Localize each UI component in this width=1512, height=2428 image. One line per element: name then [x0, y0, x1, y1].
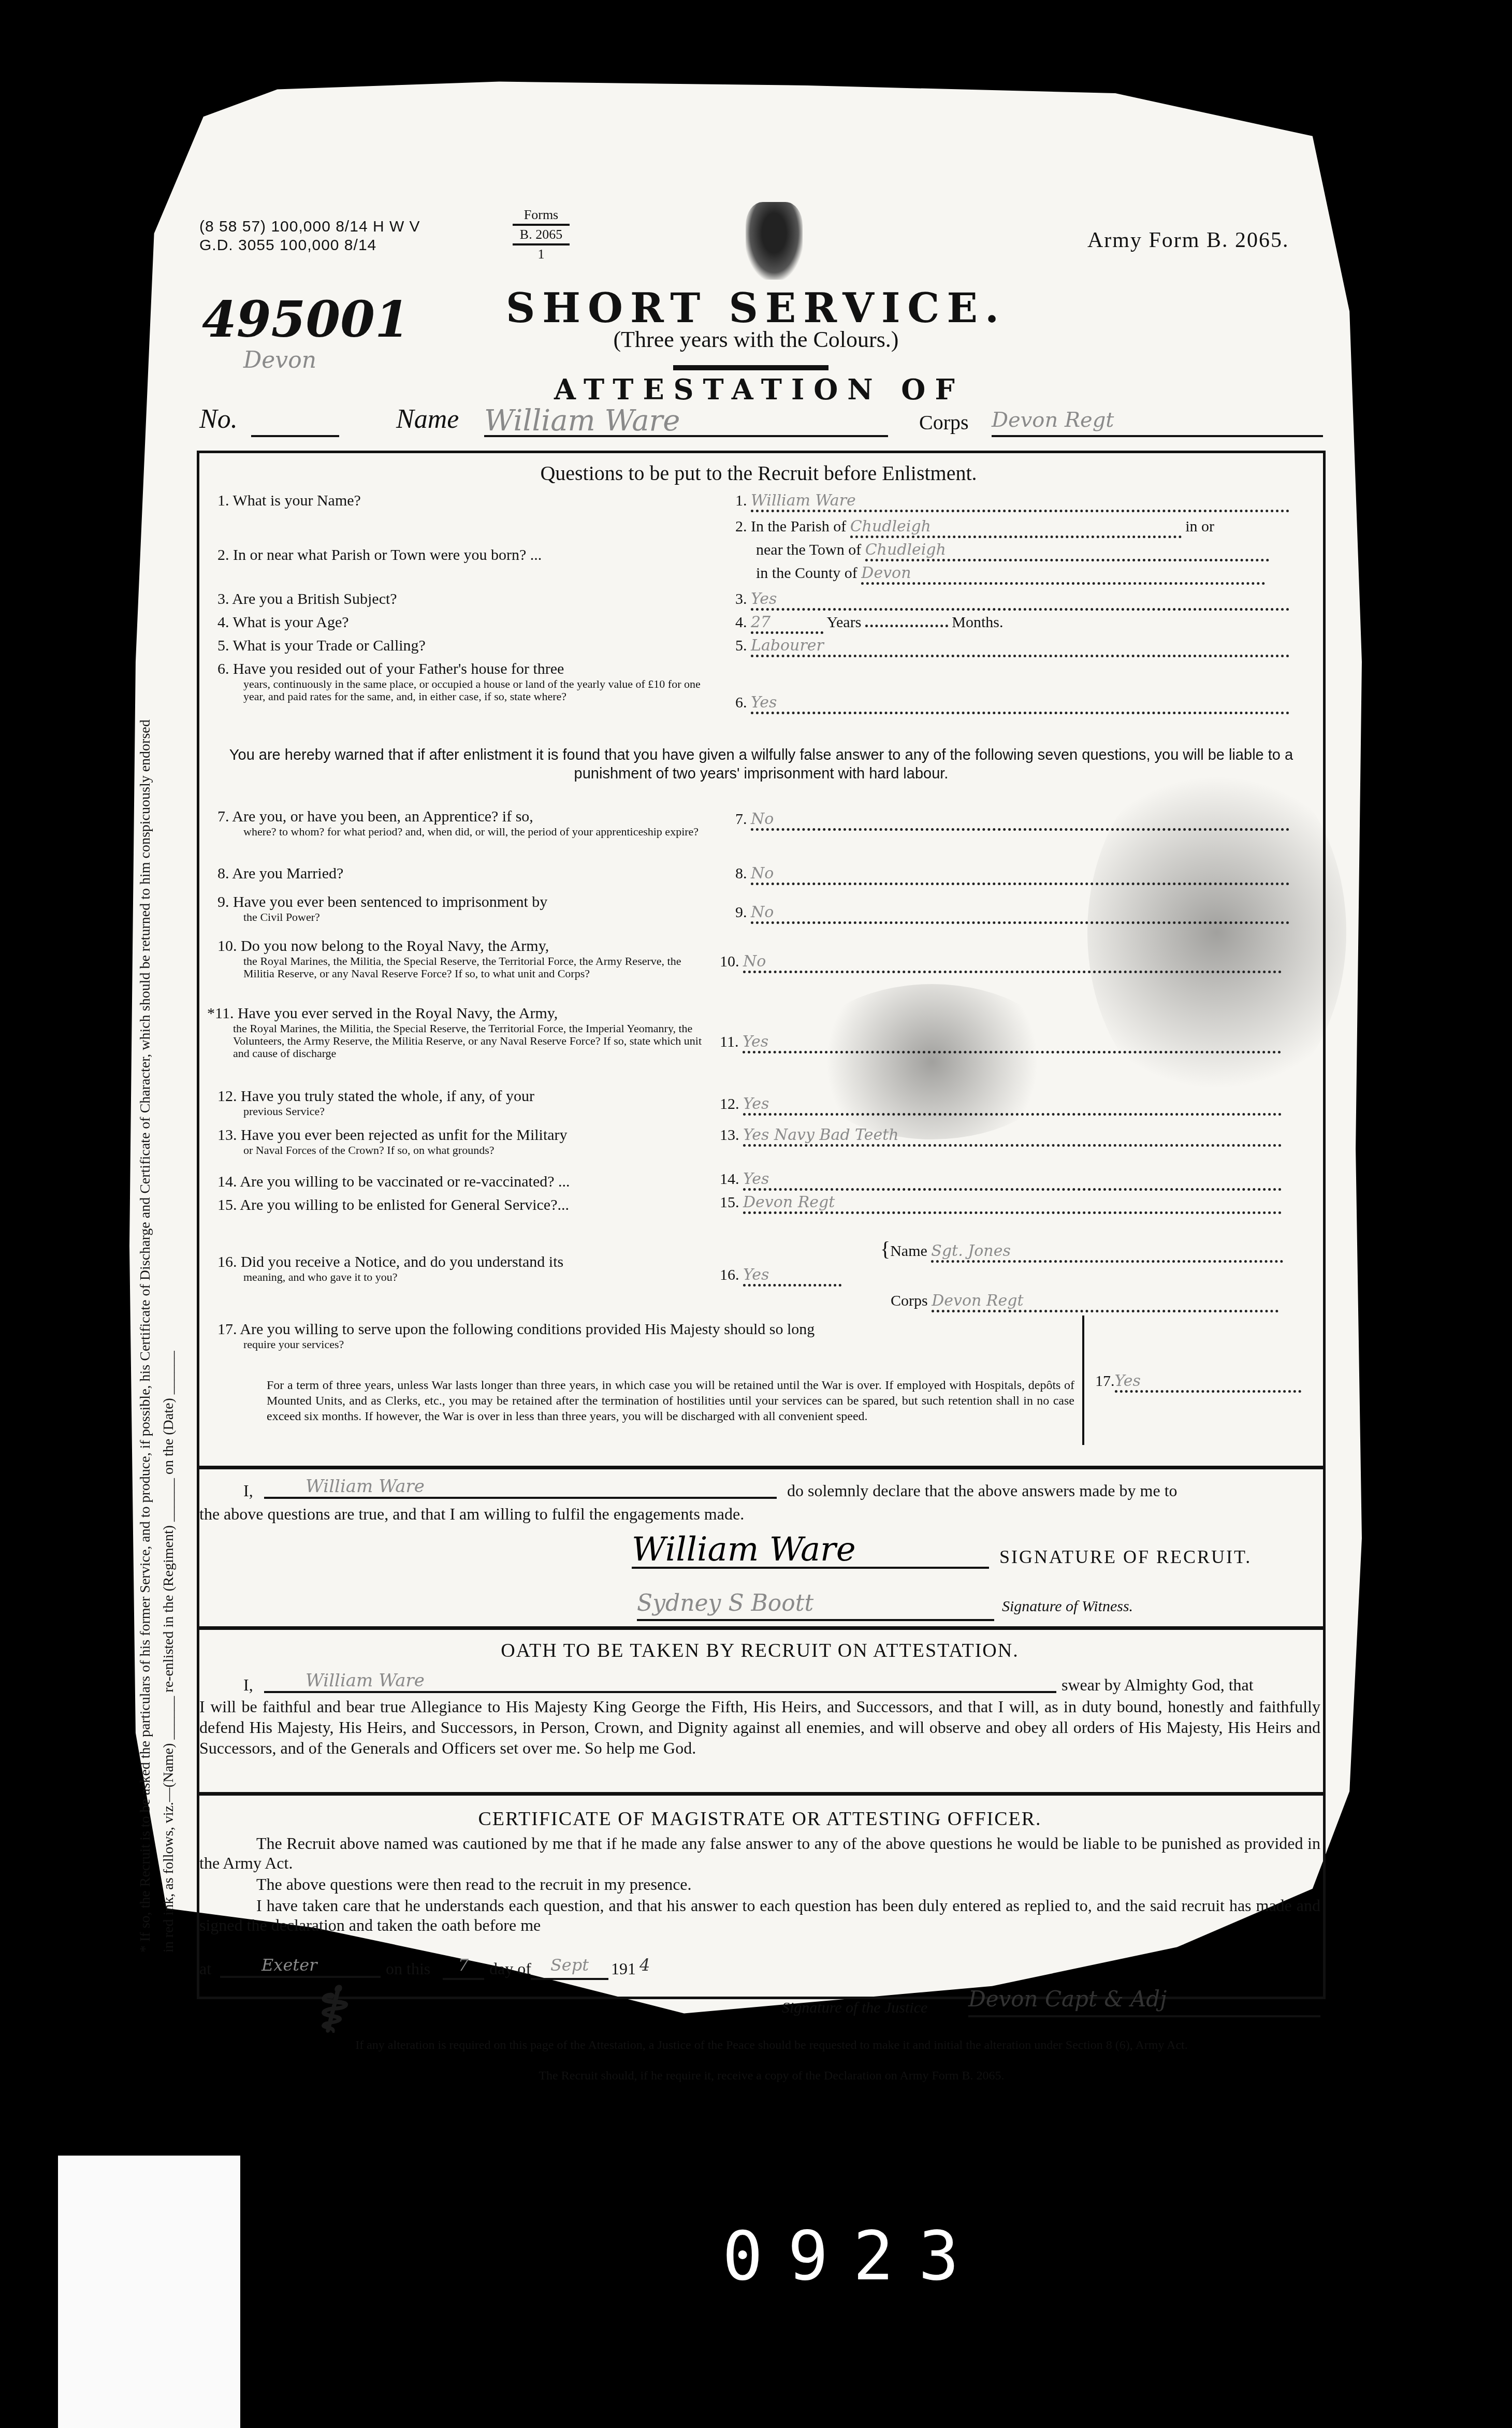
question-13: 13. Have you ever been rejected as unfit… — [217, 1126, 715, 1157]
certificate-p1: The Recruit above named was cautioned by… — [199, 1833, 1320, 1873]
army-form-number: Army Form B. 2065. — [1087, 228, 1289, 253]
declaration-prefix: I, — [243, 1481, 253, 1500]
answer-7[interactable]: 7. No — [735, 811, 1310, 831]
footer-note-2: The Recruit should, if he require it, re… — [300, 2069, 1243, 2083]
witness-signature-label: Signature of Witness. — [1002, 1598, 1133, 1615]
oath-heading: OATH TO BE TAKEN BY RECRUIT ON ATTESTATI… — [197, 1639, 1323, 1662]
question-10: 10. Do you now belong to the Royal Navy,… — [217, 937, 715, 980]
question-11: *11. Have you ever served in the Royal N… — [207, 1005, 715, 1060]
answer-16-corps[interactable]: Corps Devon Regt — [891, 1292, 1310, 1312]
question-7: 7. Are you, or have you been, an Apprent… — [217, 808, 715, 838]
questions-heading: Questions to be put to the Recruit befor… — [197, 461, 1320, 485]
question-8: 8. Are you Married? — [217, 865, 715, 883]
answer-14[interactable]: 14. Yes — [720, 1170, 1310, 1191]
question-6: 6. Have you resided out of your Father's… — [217, 660, 715, 703]
name-label: Name — [396, 404, 459, 435]
answer-11[interactable]: 11. Yes — [720, 1033, 1310, 1053]
question-16: 16. Did you receive a Notice, and do you… — [217, 1253, 715, 1283]
question-4: 4. What is your Age? — [217, 614, 715, 631]
form-title: SHORT SERVICE. — [497, 285, 1015, 332]
place-field[interactable]: Exeter — [220, 1955, 381, 1978]
attestation-heading: ATTESTATION OF — [554, 373, 964, 406]
footer-note-1: If any alteration is required on this pa… — [300, 2038, 1243, 2053]
answer-5[interactable]: 5. Labourer — [735, 637, 1310, 657]
answer-4[interactable]: 4. 27 Years Months. — [735, 614, 1310, 634]
warning-text: You are hereby warned that if after enli… — [217, 746, 1305, 783]
no-label: No. — [199, 404, 238, 435]
month-field[interactable]: Sept — [531, 1955, 608, 1980]
answer-16[interactable]: 16. Yes — [720, 1266, 875, 1287]
answer-2-county[interactable]: in the County of Devon — [756, 565, 1310, 585]
answer-9[interactable]: 9. No — [735, 904, 1310, 924]
answer-12[interactable]: 12. Yes — [720, 1095, 1310, 1116]
oath-prefix: I, — [243, 1675, 253, 1695]
certificate-p3: I have taken care that he understands ea… — [199, 1896, 1320, 1935]
certificate-heading: CERTIFICATE OF MAGISTRATE OR ATTESTING O… — [197, 1808, 1323, 1830]
answer-3[interactable]: 3. Yes — [735, 590, 1310, 611]
question-15: 15. Are you willing to be enlisted for G… — [217, 1196, 715, 1214]
no-field[interactable] — [251, 409, 339, 437]
corps-field[interactable]: Devon Regt — [992, 408, 1323, 437]
answer-13[interactable]: 13. Yes Navy Bad Teeth — [720, 1126, 1310, 1147]
sidebar-note-line2: in red ink, as follows, viz.—(Name) ____… — [161, 1351, 177, 1953]
year-field[interactable]: 4 — [639, 1955, 650, 1975]
answer-1[interactable]: 1. William Ware — [735, 492, 1310, 512]
royal-crest-icon — [746, 202, 803, 280]
sidebar-note-line1: * If so, the Recruit is to be asked the … — [137, 719, 154, 1953]
declaration-text2: the above questions are true, and that I… — [199, 1505, 744, 1524]
answer-17[interactable]: 17.Yes — [1095, 1372, 1313, 1393]
justice-signature-label: Signature of the Justice — [782, 1999, 927, 2017]
declaration-text1: do solemnly declare that the above answe… — [787, 1481, 1177, 1500]
divider — [673, 365, 828, 370]
corps-label: Corps — [919, 410, 969, 435]
answer-16-name[interactable]: {Name Sgt. Jones — [880, 1240, 1310, 1263]
recruit-signature[interactable]: William Ware — [632, 1530, 989, 1569]
print-code: (8 58 57) 100,000 8/14 H W V G.D. 3055 1… — [199, 218, 420, 255]
form-subtitle: (Three years with the Colours.) — [549, 326, 963, 353]
divider — [197, 1466, 1323, 1469]
answer-2-town[interactable]: near the Town of Chudleigh — [756, 541, 1310, 561]
service-conditions: For a term of three years, unless War la… — [267, 1378, 1074, 1424]
answer-2-parish[interactable]: 2. In the Parish of Chudleigh in or — [735, 518, 1310, 538]
answer-6[interactable]: 6. Yes — [735, 694, 1310, 714]
question-2: 2. In or near what Parish or Town were y… — [217, 546, 715, 564]
divider — [197, 1626, 1323, 1630]
declaration-name-field[interactable]: William Ware — [264, 1476, 777, 1499]
justice-signature[interactable]: Devon Capt & Adj — [968, 1986, 1320, 2017]
oath-body: I will be faithful and bear true Allegia… — [199, 1696, 1320, 1758]
question-9: 9. Have you ever been sentenced to impri… — [217, 893, 715, 923]
header-fields: No. Name William Ware Corps Devon Regt — [199, 404, 1333, 440]
day-field[interactable]: 7 — [443, 1955, 484, 1980]
certificate-p2: The above questions were then read to th… — [256, 1875, 692, 1894]
calibration-block — [58, 2156, 240, 2428]
bracket — [1082, 1316, 1084, 1445]
handwritten-note: Devon — [243, 347, 316, 373]
witness-signature[interactable]: Sydney S Boott — [637, 1590, 994, 1621]
answer-10[interactable]: 10. No — [720, 953, 1310, 973]
question-17: 17. Are you willing to serve upon the fo… — [217, 1321, 1087, 1351]
oath-name-field[interactable]: William Ware — [264, 1670, 1056, 1693]
question-3: 3. Are you a British Subject? — [217, 590, 715, 608]
answer-8[interactable]: 8. No — [735, 865, 1310, 885]
frame-number: 0923 — [722, 2217, 984, 2295]
name-field[interactable]: William Ware — [484, 404, 888, 437]
stamp-mark: ⚕ — [311, 1973, 344, 2046]
regimental-number: 495001 — [202, 290, 410, 349]
question-12: 12. Have you truly stated the whole, if … — [217, 1088, 715, 1118]
answer-15[interactable]: 15. Devon Regt — [720, 1194, 1310, 1214]
oath-swear: swear by Almighty God, that — [1062, 1675, 1254, 1695]
recruit-signature-label: SIGNATURE OF RECRUIT. — [999, 1546, 1252, 1568]
certificate-place-date: at Exeter on this 7 day of Sept 191 4 — [199, 1955, 1320, 1981]
question-14: 14. Are you willing to be vaccinated or … — [217, 1173, 715, 1191]
divider — [197, 1792, 1323, 1796]
question-5: 5. What is your Trade or Calling? — [217, 637, 715, 655]
question-1: 1. What is your Name? — [217, 492, 715, 510]
forms-reference: Forms B. 2065 1 — [513, 207, 570, 262]
